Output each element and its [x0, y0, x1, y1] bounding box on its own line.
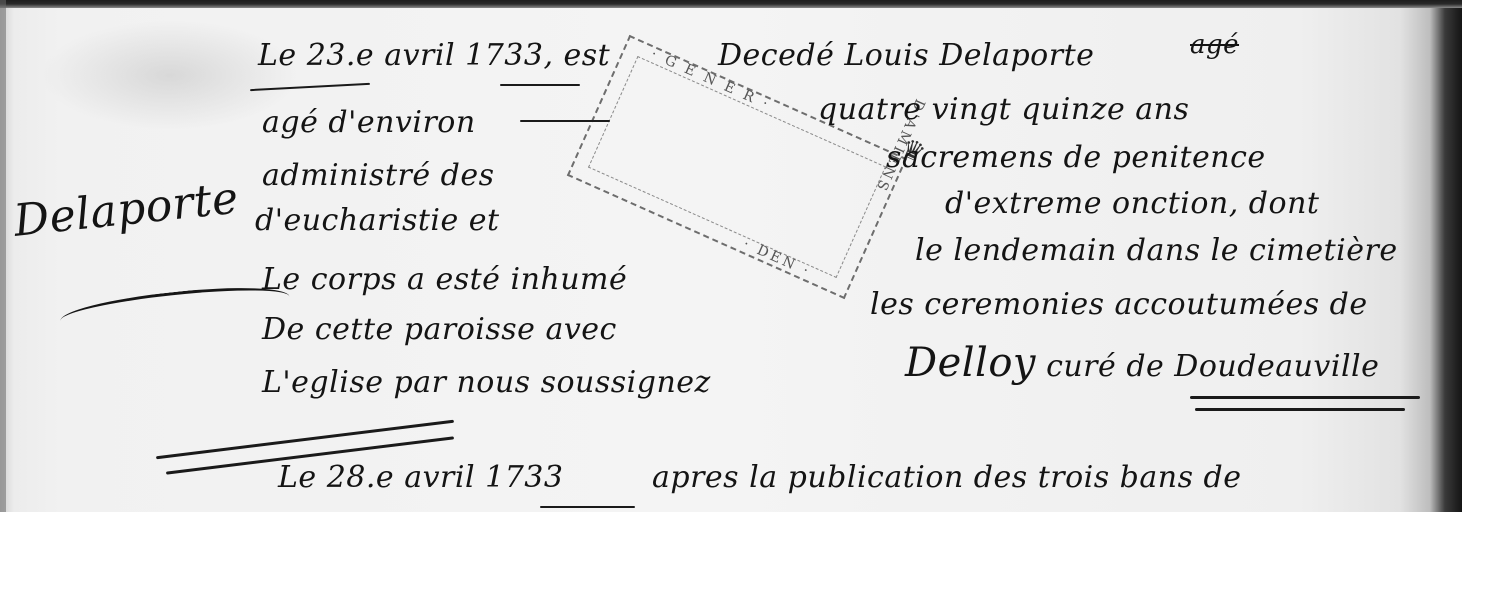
entry-line-5-right: le lendemain dans le cimetière [915, 233, 1398, 268]
margin-flourish [59, 280, 291, 337]
next-entry-left: Le 28.e avril 1733 [278, 460, 563, 495]
entry-line-3-left: administré des [262, 158, 494, 193]
entry-separator-1 [156, 420, 454, 460]
margin-name: Delaporte [11, 173, 241, 247]
manuscript-scan: Delaporte · G E N E R · D'AMIENS · DEN ·… [0, 0, 1462, 512]
entry-line-2-left: agé d'environ [262, 105, 476, 140]
page-edge [0, 0, 6, 512]
priest-title: curé de Doudeauville [1046, 349, 1379, 384]
entry-line-6-left: De cette paroisse avec [262, 312, 617, 347]
entry-line-4-right: d'extreme onction, dont [945, 186, 1319, 221]
signature-flourish-2 [1195, 408, 1405, 411]
entry-line-4-left: d'eucharistie et [255, 203, 500, 238]
entry-line-5-left: Le corps a esté inhumé [262, 262, 627, 297]
next-entry-right: apres la publication des trois bans de [652, 460, 1241, 495]
priest-signature: Delloy [905, 340, 1036, 386]
next-year-underline [540, 506, 635, 508]
entry-line-1-annotation: agé [1190, 30, 1239, 60]
year-underline [500, 84, 580, 86]
entry-line-1-right: Decedé Louis Delaporte [718, 38, 1094, 73]
tax-stamp: · G E N E R · D'AMIENS · DEN · ♛ [567, 35, 907, 299]
entry-line-7-right: Delloy curé de Doudeauville [905, 340, 1379, 386]
paper-stain [40, 20, 300, 130]
line-2-dash [520, 120, 610, 122]
entry-line-7-left: L'eglise par nous soussignez [262, 365, 711, 400]
entry-line-1-left: Le 23.e avril 1733, est [258, 38, 610, 73]
entry-line-6-right: les ceremonies accoutumées de [870, 287, 1368, 322]
signature-flourish-1 [1190, 396, 1420, 399]
entry-line-2-right: quatre vingt quinze ans [818, 92, 1189, 127]
entry-line-3-right: sacremens de penitence [886, 140, 1266, 175]
